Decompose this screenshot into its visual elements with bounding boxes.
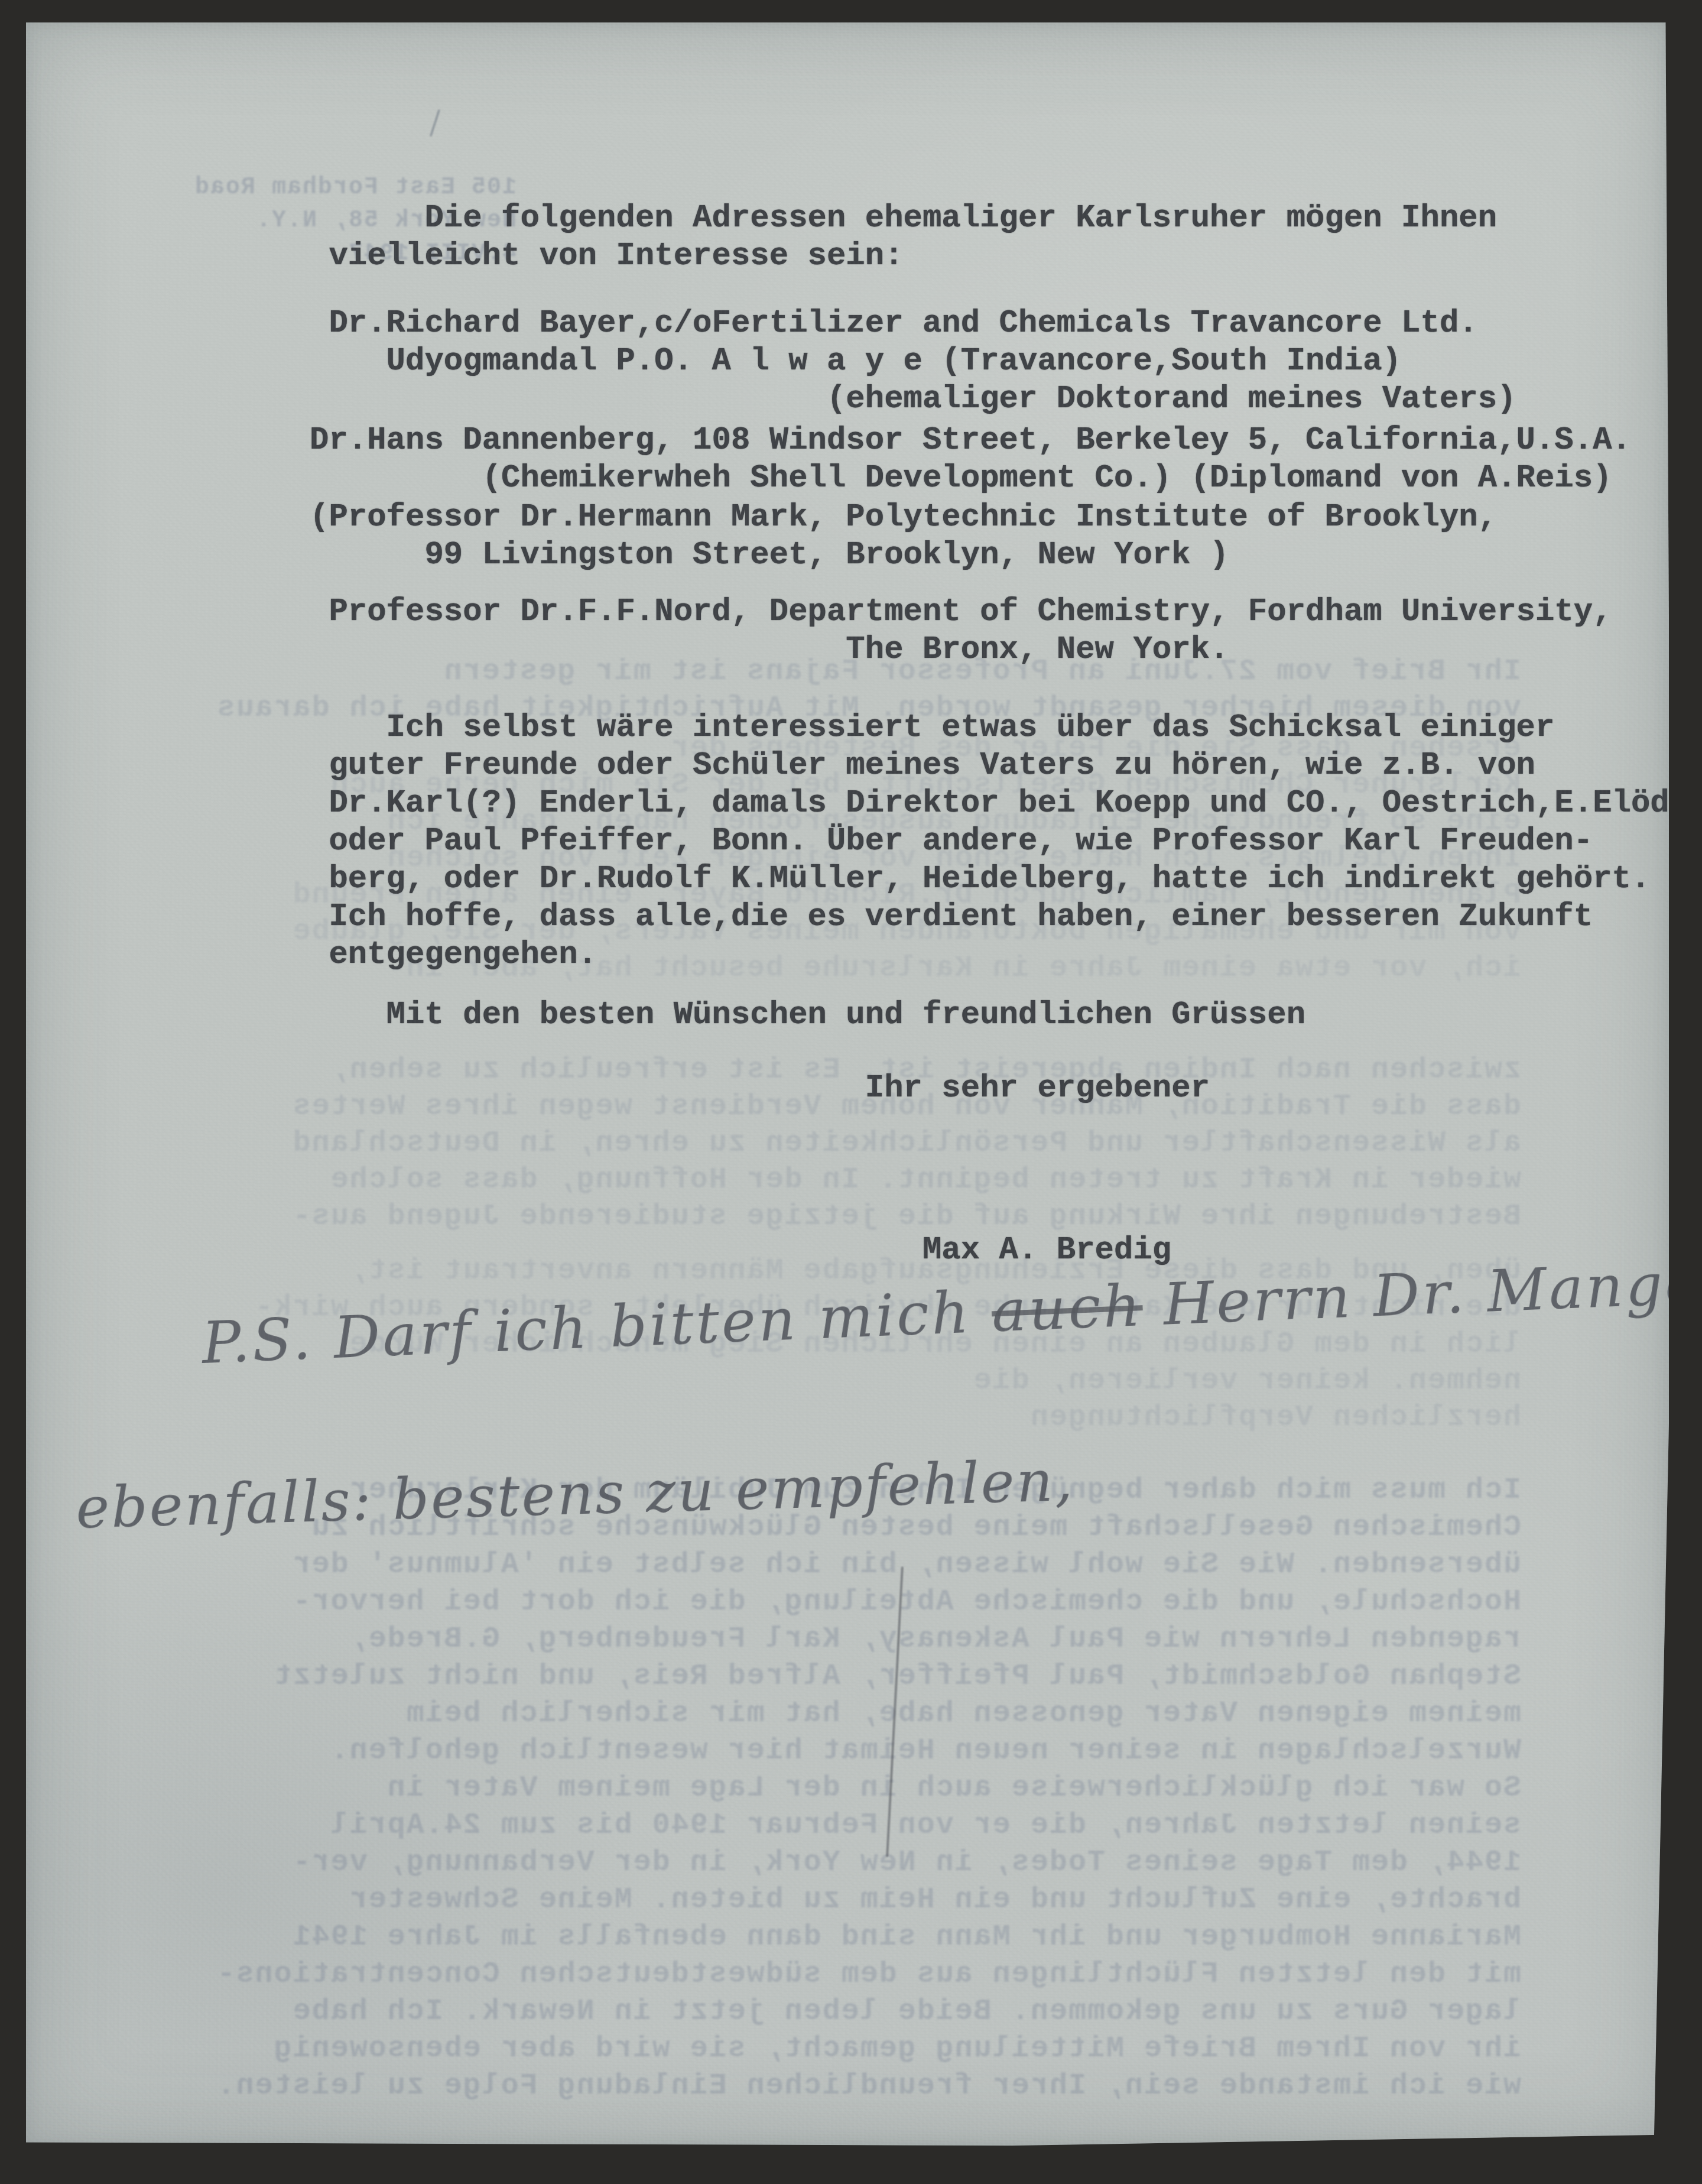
postscript-line-1: P.S. Darf ich bitten mich auch Herrn Dr.… — [200, 1247, 1669, 1377]
ps-struck-word: auch — [990, 1272, 1144, 1345]
ps-text-before-strike: P.S. Darf ich bitten mich — [200, 1278, 993, 1377]
postscript-comma-tail-stroke — [886, 1566, 904, 1857]
handwritten-postscript-layer: P.S. Darf ich bitten mich auch Herrn Dr.… — [26, 22, 1669, 2146]
letter-page: 105 East Fordham Road New York 58, N.Y. … — [26, 22, 1669, 2146]
postscript-line-2: ebenfalls: bestens zu empfehlen, — [75, 1448, 1075, 1542]
scan-background: { "scan": { "background_color": "#2b2a28… — [0, 0, 1702, 2184]
ps-text-after-strike: Herrn Dr. Mangold — [1141, 1247, 1669, 1339]
pencil-mark — [430, 109, 441, 137]
